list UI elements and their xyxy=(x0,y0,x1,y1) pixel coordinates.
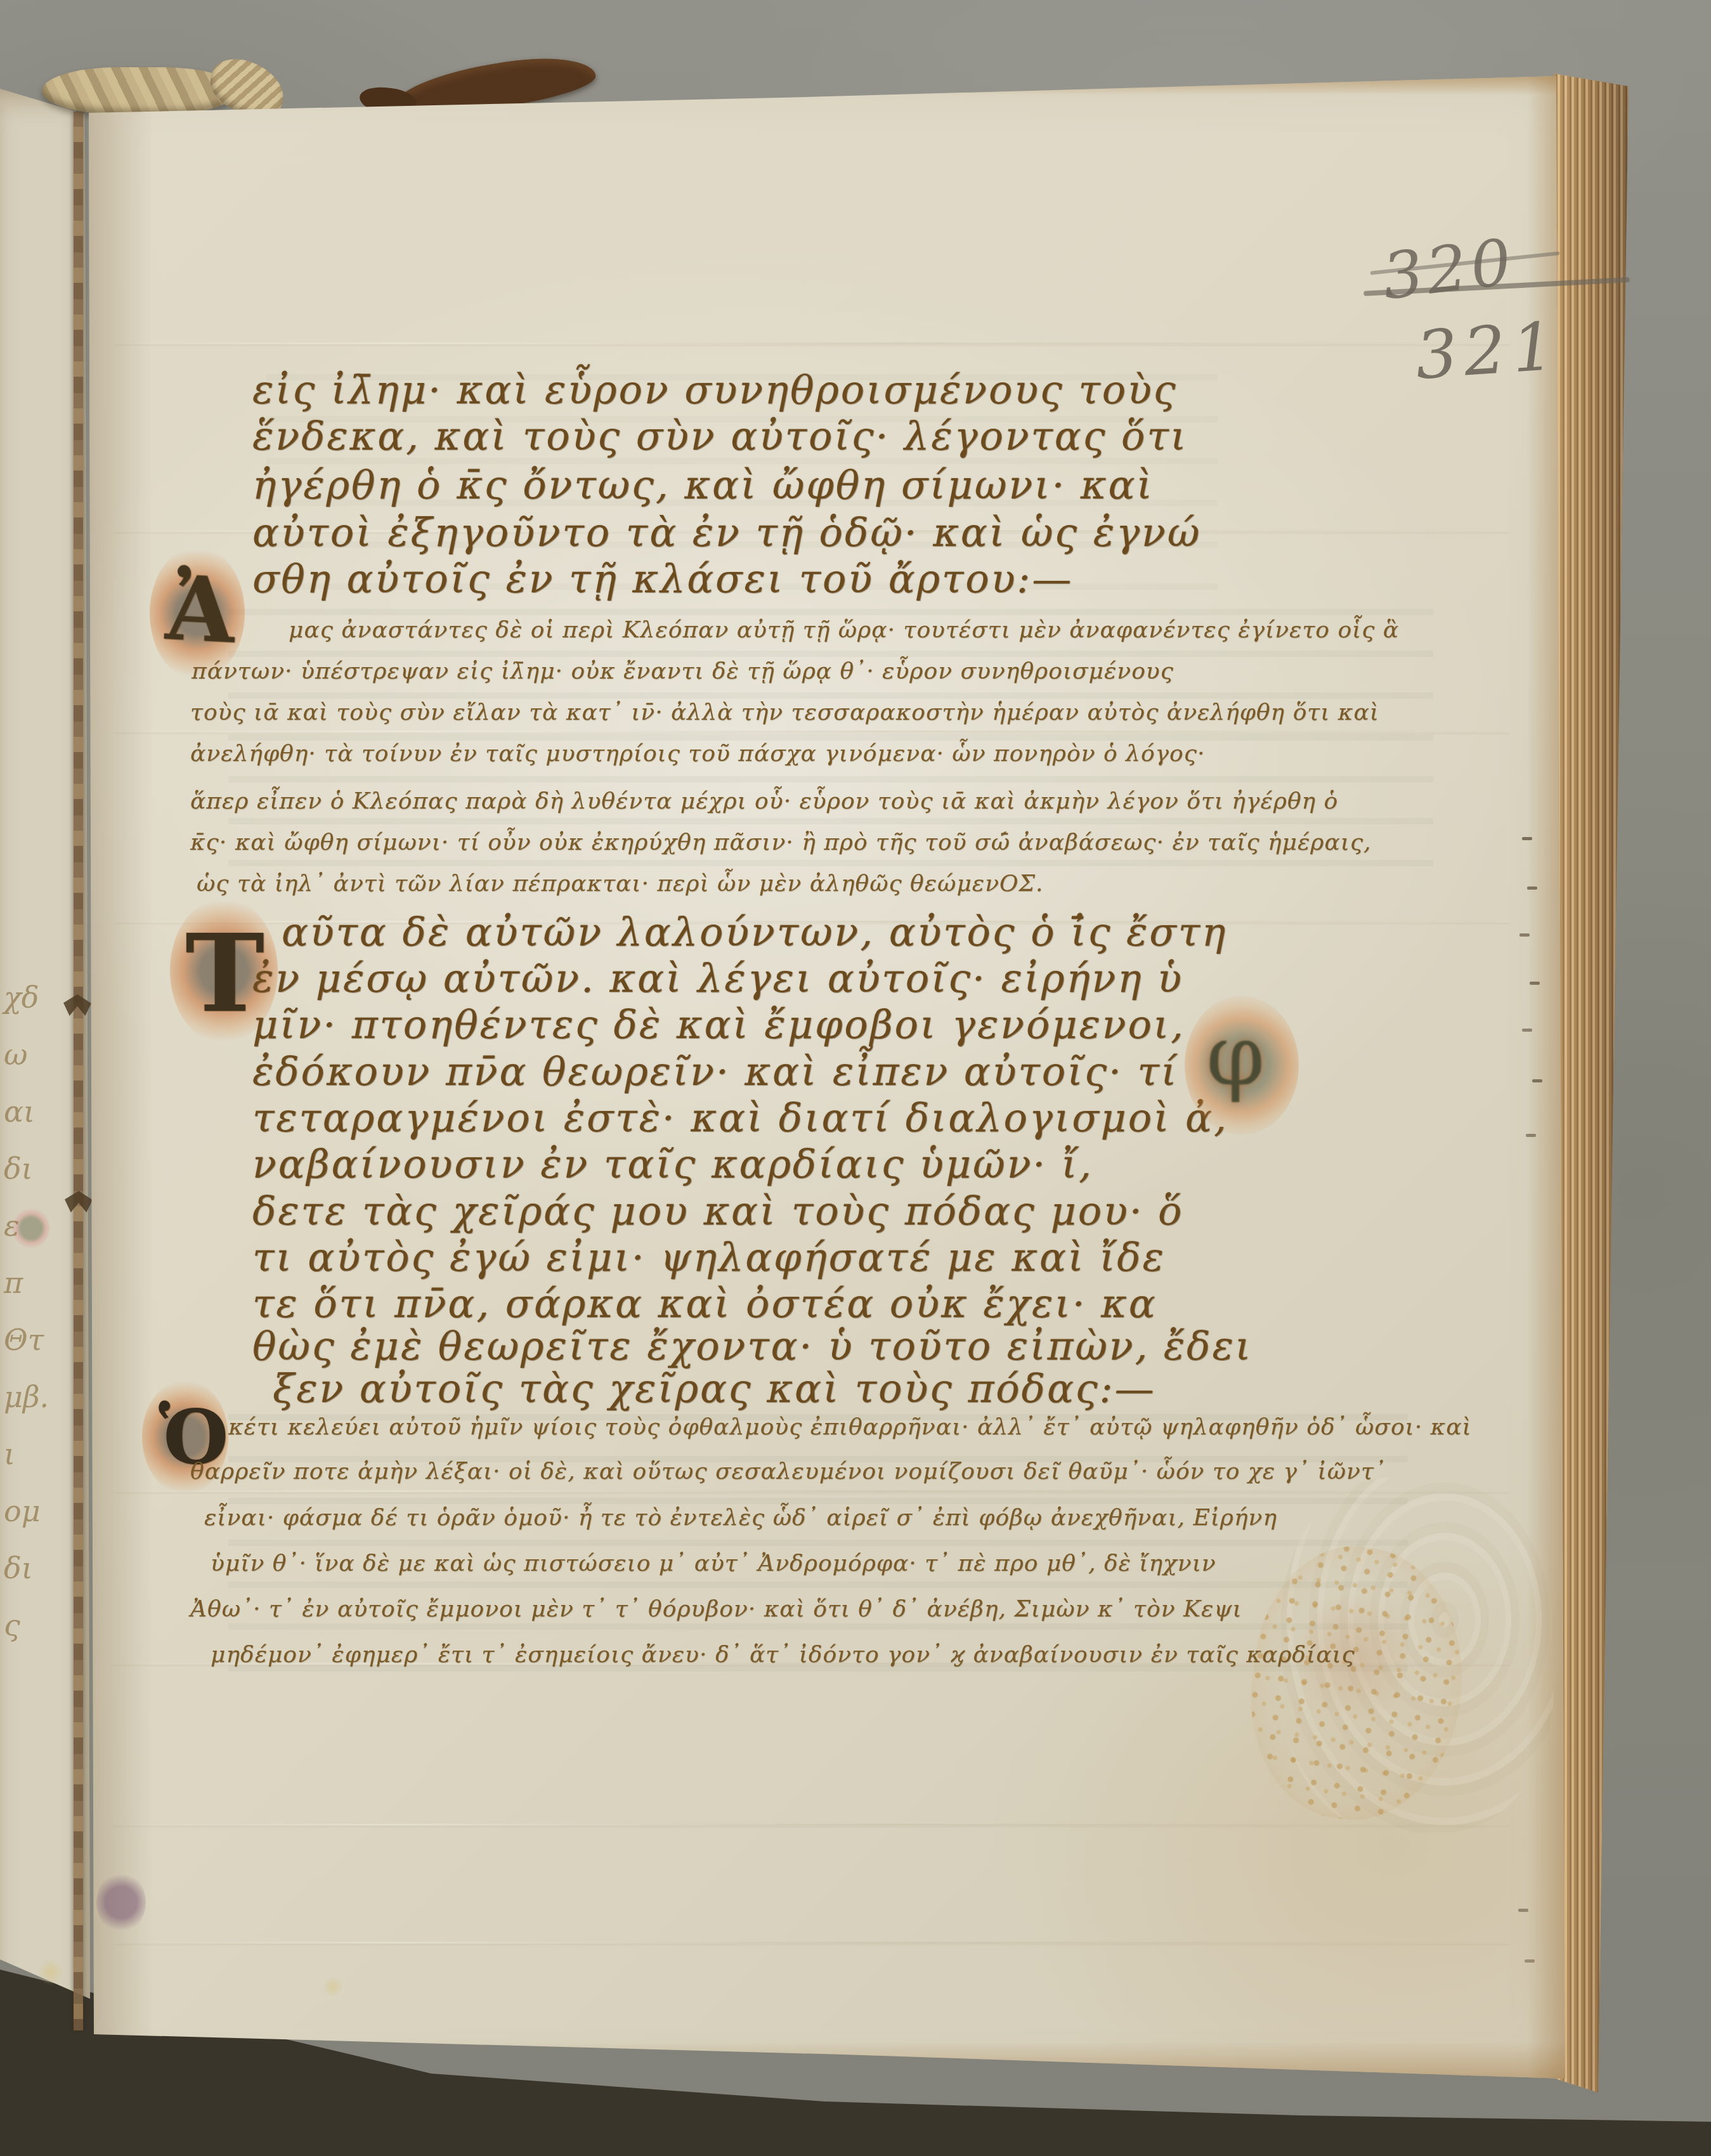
crease-line xyxy=(114,342,1509,344)
bleed-glyph: δι xyxy=(4,1152,33,1186)
bleed-glyph: δι xyxy=(4,1551,33,1585)
bleed-glyph: ω xyxy=(4,1037,28,1072)
text-line: ἐν μέσῳ αὐτῶν. καὶ λέγει αὐτοῖς· εἰρήνη … xyxy=(252,959,1183,998)
yellow-stain xyxy=(38,1958,63,1986)
commentary-line: εἶναι· φάσμα δέ τι ὁρᾶν ὁμοῦ· ἦ τε τὸ ἐν… xyxy=(204,1507,1277,1529)
phi-margin-ornament-icon: φ xyxy=(1206,1007,1265,1105)
text-line: τεταραγμένοι ἐστὲ· καὶ διατί διαλογισμοὶ… xyxy=(252,1098,1228,1138)
yellow-stain xyxy=(322,1977,344,1996)
bleed-glyph: π xyxy=(4,1266,23,1300)
commentary-line: μηδέμον᾿ ἐφημερ᾿ ἔτι τ᾿ ἐσημείοις ἄνευ· … xyxy=(211,1644,1355,1666)
text-line: ἕνδεκα, καὶ τοὺς σὺν αὐτοῖς· λέγοντας ὅτ… xyxy=(252,417,1188,456)
commentary-line: μας ἀναστάντες δὲ οἱ περὶ Κλεόπαν αὐτῇ τ… xyxy=(289,619,1399,642)
text-line: ναβαίνουσιν ἐν ταῖς καρδίαις ὑμῶν· ἴ, xyxy=(252,1145,1093,1184)
manuscript-photo: 320 321 εἰς ἰλ̄ημ· καὶ εὗρον συνηθροισμέ… xyxy=(0,0,1711,2156)
commentary-line: πάντων· ὑπέστρεψαν εἰς ἰλ̄ημ· οὐκ ἔναντι… xyxy=(192,660,1174,683)
bleed-glyph: αι xyxy=(4,1094,35,1129)
commentary-line: κ̄ς· καὶ ὤφθη σίμωνι· τί οὖν οὐκ ἐκηρύχθ… xyxy=(190,831,1372,854)
crease-line xyxy=(114,1942,1509,1944)
text-line: θὼς ἐμὲ θεωρεῖτε ἔχοντα· ὑ τοῦτο εἰπὼν, … xyxy=(252,1327,1252,1366)
bleed-glyph: ομ xyxy=(4,1494,41,1528)
decorated-initial-alpha: Ἀ xyxy=(164,556,238,663)
commentary-line: ὡς τὰ ἰηλ᾿ ἀντὶ τῶν λίαν πέπρακται· περὶ… xyxy=(197,873,1043,895)
bleed-glyph: ε xyxy=(4,1209,20,1243)
commentary-line: Ἀθω᾿· τ᾿ ἐν αὐτοῖς ἔμμονοι μὲν τ᾿ τ᾿ θόρ… xyxy=(190,1598,1242,1621)
text-line: εἰς ἰλ̄ημ· καὶ εὗρον συνηθροισμένους τοὺ… xyxy=(252,370,1177,410)
text-line: τε ὅτι πν̄α, σάρκα καὶ ὀστέα οὐκ ἔχει· κ… xyxy=(252,1284,1157,1323)
text-line: ἠγέρθη ὁ κ̄ς ὄντως, καὶ ὤφθη σίμωνι· καὶ xyxy=(252,465,1154,505)
commentary-line: ὑμῖν θ᾿· ἵνα δὲ με καὶ ὡς πιστώσειο μ᾿ α… xyxy=(211,1552,1216,1575)
bleed-glyph: μβ. xyxy=(4,1380,49,1414)
bleed-glyph: ι xyxy=(4,1437,15,1471)
text-line: μῖν· πτοηθέντες δὲ καὶ ἔμφοβοι γενόμενοι… xyxy=(252,1005,1185,1044)
commentary-line: τοὺς ιᾱ καὶ τοὺς σὺν εἴλαν τὰ κατ᾿ ιν̄· … xyxy=(190,701,1379,724)
bleed-glyph: Θτ xyxy=(4,1323,44,1357)
text-line: ἐδόκουν πν̄α θεωρεῖν· καὶ εἶπεν αὐτοῖς· … xyxy=(252,1052,1178,1091)
crease-line xyxy=(114,1824,1509,1826)
text-line: δετε τὰς χεῖράς μου καὶ τοὺς πόδας μου· … xyxy=(252,1192,1183,1231)
text-line: αῦτα δὲ αὐτῶν λαλούντων, αὐτὸς ὁ ἰ̄ς ἔστ… xyxy=(282,912,1227,952)
text-line: τι αὐτὸς ἐγώ εἰμι· ψηλαφήσατέ με καὶ ἴδε xyxy=(252,1238,1166,1277)
purple-stain xyxy=(96,1872,146,1933)
text-line: σθη αὐτοῖς ἐν τῇ κλάσει τοῦ ἄρτου:— xyxy=(252,559,1073,599)
endband-cord xyxy=(42,67,238,114)
binding-stitch xyxy=(74,112,83,2030)
commentary-line: ἀνελήφθη· τὰ τοίνυν ἐν ταῖς μυστηρίοις τ… xyxy=(190,743,1205,765)
bleed-glyph: χδ xyxy=(4,980,39,1015)
commentary-line: ἅπερ εἶπεν ὁ Κλεόπας παρὰ δὴ λυθέντα μέχ… xyxy=(190,790,1338,813)
commentary-line: κέτι κελεύει αὐτοῦ ἡμῖν ψίοις τοὺς ὀφθαλ… xyxy=(228,1416,1472,1439)
bleed-glyph: ς xyxy=(4,1608,20,1642)
commentary-line: θαρρεῖν ποτε ἀμὴν λέξαι· οἱ δὲ, καὶ οὕτω… xyxy=(190,1460,1386,1483)
text-line: ξεν αὐτοῖς τὰς χεῖρας καὶ τοὺς πόδας:— xyxy=(273,1369,1155,1408)
text-line: αὐτοὶ ἐξηγοῦντο τὰ ἐν τῇ ὁδῷ· καὶ ὡς ἐγν… xyxy=(252,513,1201,552)
folio-number: 321 xyxy=(1413,307,1563,394)
worm-holes xyxy=(1522,837,1532,840)
